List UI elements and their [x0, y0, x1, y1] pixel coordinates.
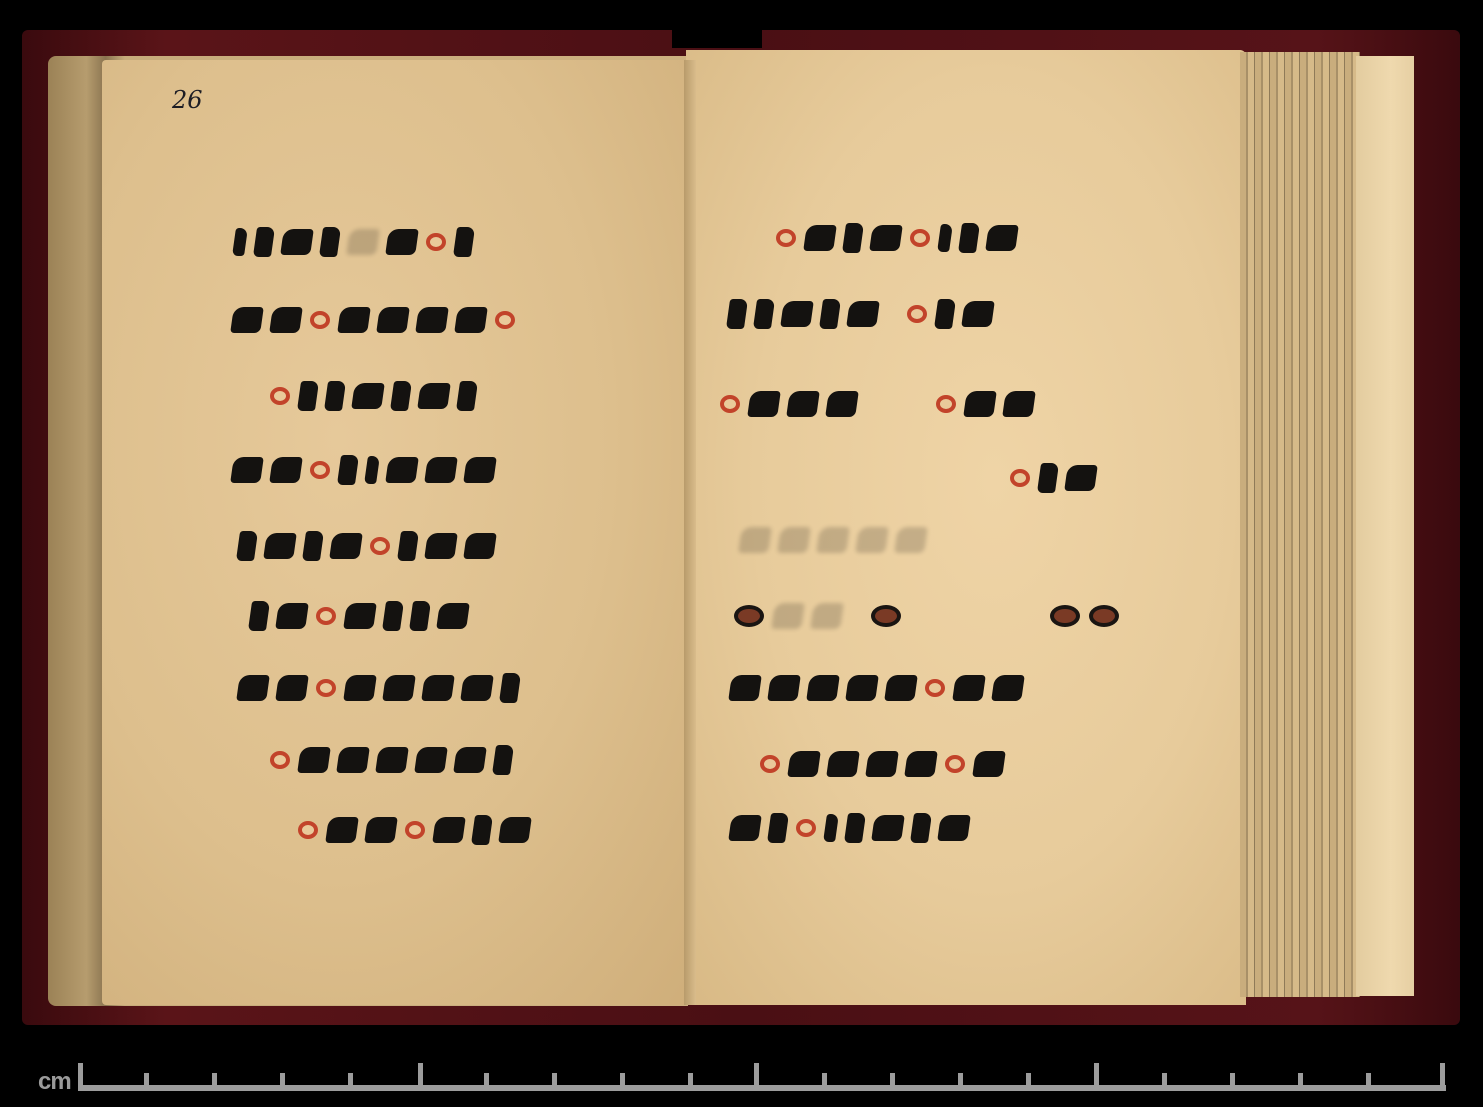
bleed-through-line	[740, 520, 926, 560]
text-line	[720, 384, 1034, 424]
scale-bar	[78, 1085, 1446, 1091]
text-line	[1010, 458, 1096, 498]
right-page-stack	[1240, 52, 1360, 997]
text-line	[776, 218, 1017, 258]
cover-spine-gap	[672, 30, 762, 48]
text-line	[730, 808, 969, 848]
text-line	[270, 740, 512, 780]
endpaper	[1356, 56, 1414, 996]
red-punctuation-mark	[426, 233, 446, 251]
text-line	[232, 300, 515, 340]
text-line	[232, 450, 495, 490]
text-line	[238, 668, 519, 708]
text-line	[238, 526, 495, 566]
text-line	[760, 744, 1004, 784]
text-line	[234, 222, 473, 262]
text-line	[298, 810, 530, 850]
text-line	[250, 596, 468, 636]
text-line	[728, 294, 993, 334]
page-number: 26	[172, 86, 203, 114]
scale-unit-label: cm	[38, 1068, 71, 1096]
text-line	[730, 668, 1023, 708]
text-line	[734, 596, 1119, 636]
gutter	[684, 60, 696, 1005]
text-line	[270, 376, 476, 416]
